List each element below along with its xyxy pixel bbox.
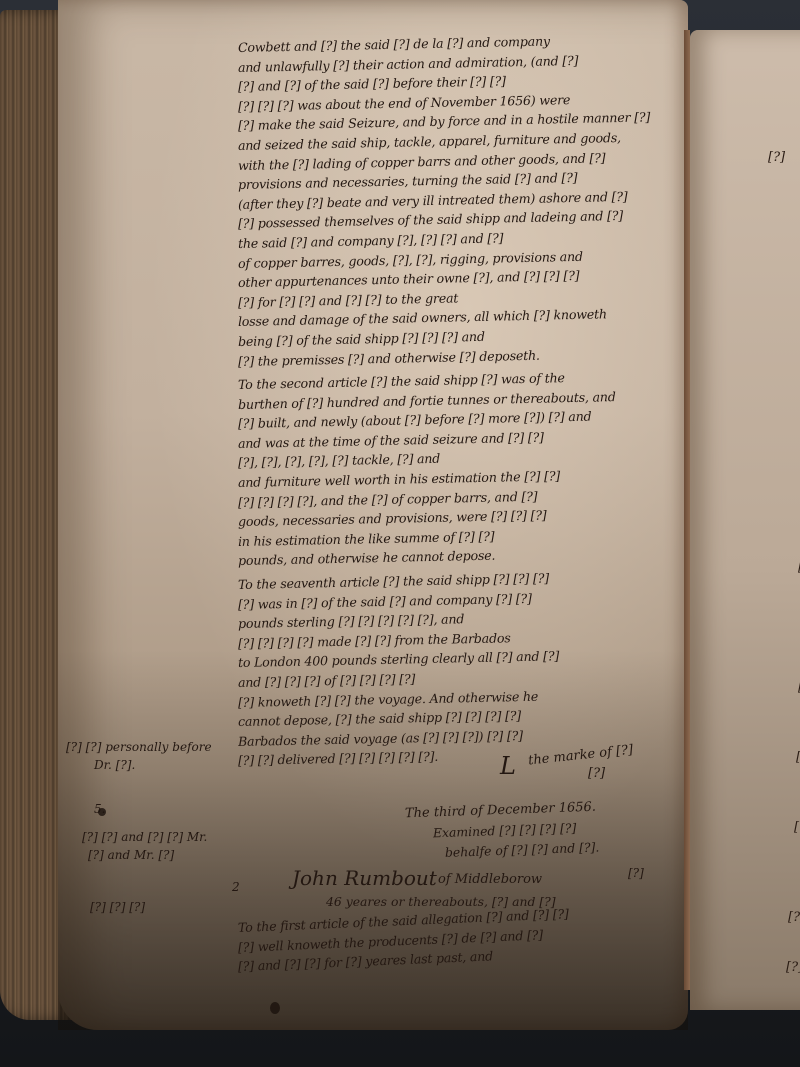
witness-number: 2 (232, 880, 240, 894)
margin-line: Dr. [?]. (66, 756, 212, 774)
mark-name: [?] (588, 766, 605, 781)
ink-blot (270, 1002, 280, 1014)
margin-note-sworn: [?] [?] personally before Dr. [?]. (66, 738, 212, 774)
right-page-text-fragments: [?] [?] [?] [?] [?] [?] [?] [?] [?] (708, 30, 800, 1010)
paragraph-2: To the second article [?] the said shipp… (238, 375, 678, 571)
margin-line: [?] [?] and [?] [?] Mr. (82, 828, 207, 846)
photograph-stage: [?] [?] [?] [?] [?] [?] [?] [?] [?] Cowb… (0, 0, 800, 1067)
right-fragment: [?] (796, 750, 800, 765)
deposition-body: Cowbett and [?] the said [?] de la [?] a… (238, 38, 678, 773)
right-fragment: [?] (788, 910, 800, 925)
manuscript-page-right: [?] [?] [?] [?] [?] [?] [?] [?] [?] (690, 30, 800, 1010)
margin-line: [?] [?] personally before (66, 738, 212, 756)
right-fragment: [?] (768, 150, 785, 165)
right-fragment: [?] (786, 960, 800, 975)
margin-line: [?] and Mr. [?] (82, 846, 207, 864)
deposition-header: The third of December 1656. Examined [?]… (385, 805, 685, 865)
witness-role: [?] (628, 866, 644, 880)
witness-place: of Middleborow (438, 872, 542, 887)
paragraph-1: Cowbett and [?] the said [?] de la [?] a… (238, 38, 678, 371)
margin-note-parties: [?] [?] and [?] [?] Mr. [?] and Mr. [?] (82, 828, 207, 864)
article-1-answer: To the first article of the said allegat… (238, 918, 678, 977)
right-fragment: [?] (794, 820, 800, 835)
witness-mark: L (500, 752, 516, 780)
margin-note-examiner: [?] [?] [?] (90, 898, 145, 916)
ink-blot (98, 808, 106, 816)
witness-name: John Rumbout (292, 866, 437, 890)
paragraph-3: To the seaventh article [?] the said shi… (238, 575, 678, 771)
